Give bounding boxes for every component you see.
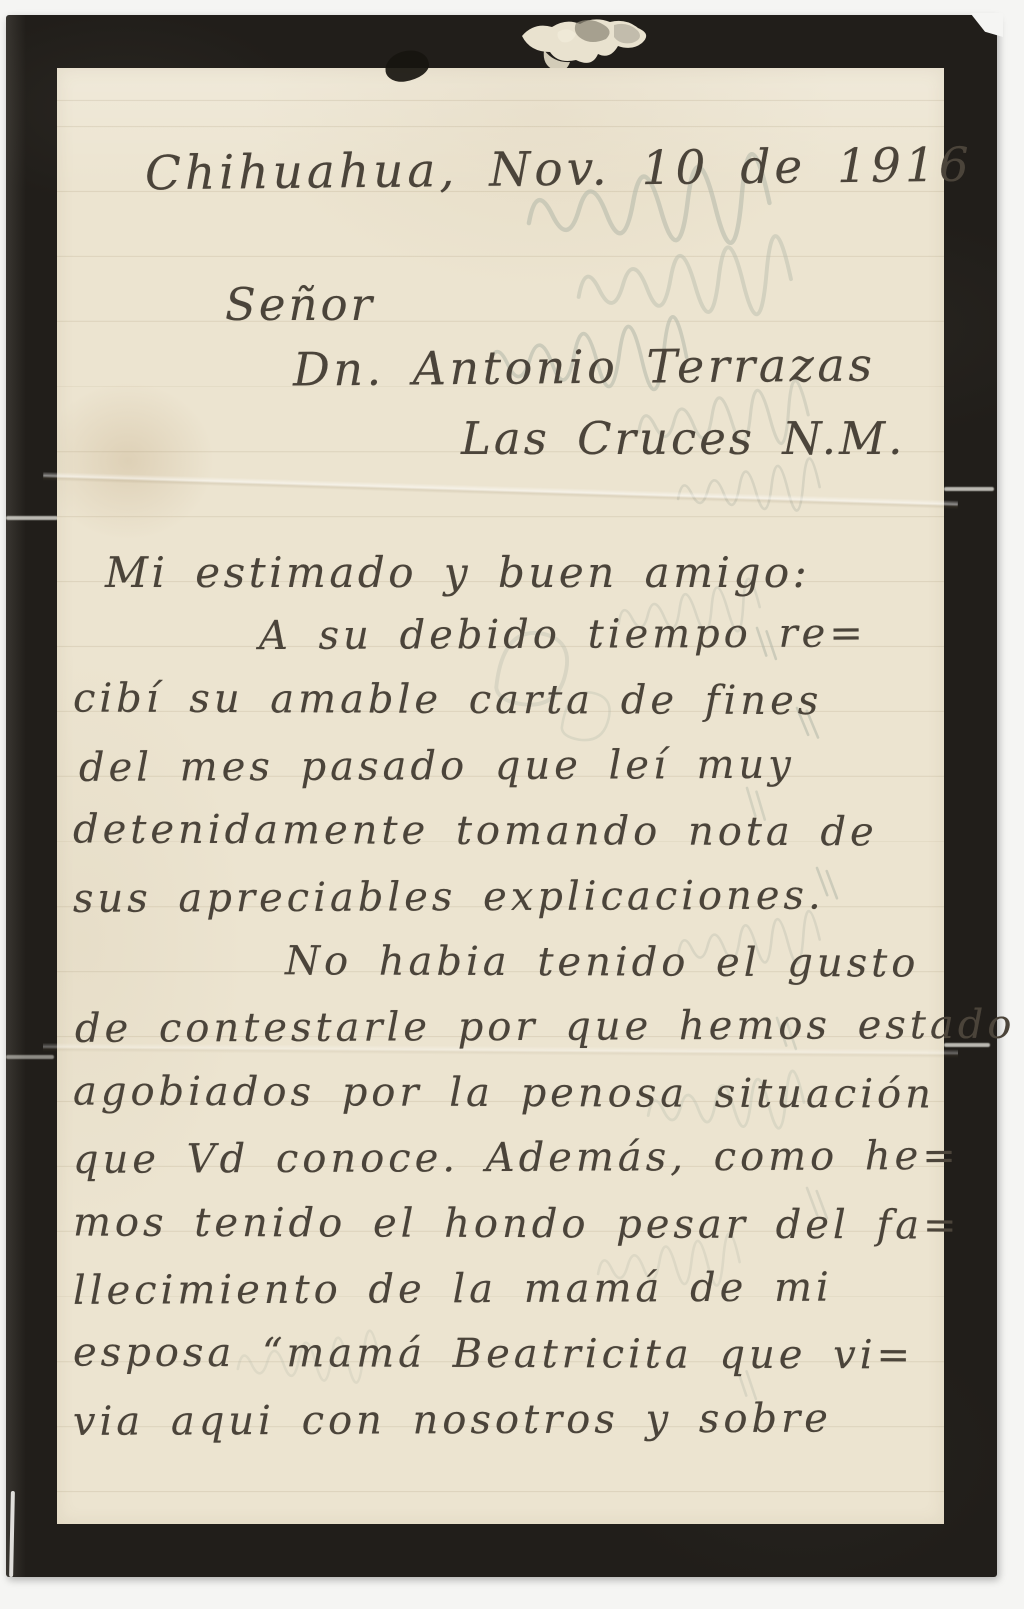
letter-recipient: Dn. Antonio Terrazas — [293, 337, 876, 396]
letter-line: agobiados por la penosa situación — [73, 1068, 933, 1136]
scan-background: Chihuahua, Nov. 10 de 1916 Señor Dn. Ant… — [0, 0, 1024, 1609]
letter-line: llecimiento de la mamá de mi — [73, 1264, 933, 1333]
fold-crease-mark — [944, 487, 994, 491]
black-mat-frame: Chihuahua, Nov. 10 de 1916 Señor Dn. Ant… — [6, 15, 997, 1577]
letter-greeting: Mi estimado y buen amigo: — [105, 548, 810, 597]
letter-line: No habia tenido el gusto — [73, 937, 933, 1005]
fold-crease-mark — [6, 516, 58, 520]
letter-line: esposa “mamá Beatricita que vi= — [73, 1330, 933, 1398]
letter-body: A su debido tiempo re=cibí su amable car… — [73, 612, 933, 1462]
letter-page: Chihuahua, Nov. 10 de 1916 Señor Dn. Ant… — [57, 68, 944, 1524]
fold-crease-mark — [6, 1055, 54, 1059]
letter-line: de contestarle por que hemos estado — [73, 1002, 933, 1071]
letter-line: detenidamente tomando nota de — [73, 807, 933, 875]
letter-line: A su debido tiempo re= — [73, 610, 933, 679]
letter-line: mos tenido el hondo pesar del fa= — [73, 1199, 933, 1267]
mat-cut-slit — [9, 1491, 15, 1577]
letter-line: via aqui con nosotros y sobre — [73, 1395, 933, 1464]
letter-line: sus apreciables explicaciones. — [73, 872, 933, 941]
letter-recipient-location: Las Cruces N.M. — [461, 412, 905, 465]
letter-salutation: Señor — [225, 278, 375, 331]
letter-line: que Vd conoce. Además, como he= — [73, 1133, 933, 1202]
letter-line: del mes pasado que leí muy — [73, 741, 933, 810]
letter-dateline: Chihuahua, Nov. 10 de 1916 — [145, 138, 973, 202]
letter-line: cibí su amable carta de fines — [73, 676, 933, 744]
